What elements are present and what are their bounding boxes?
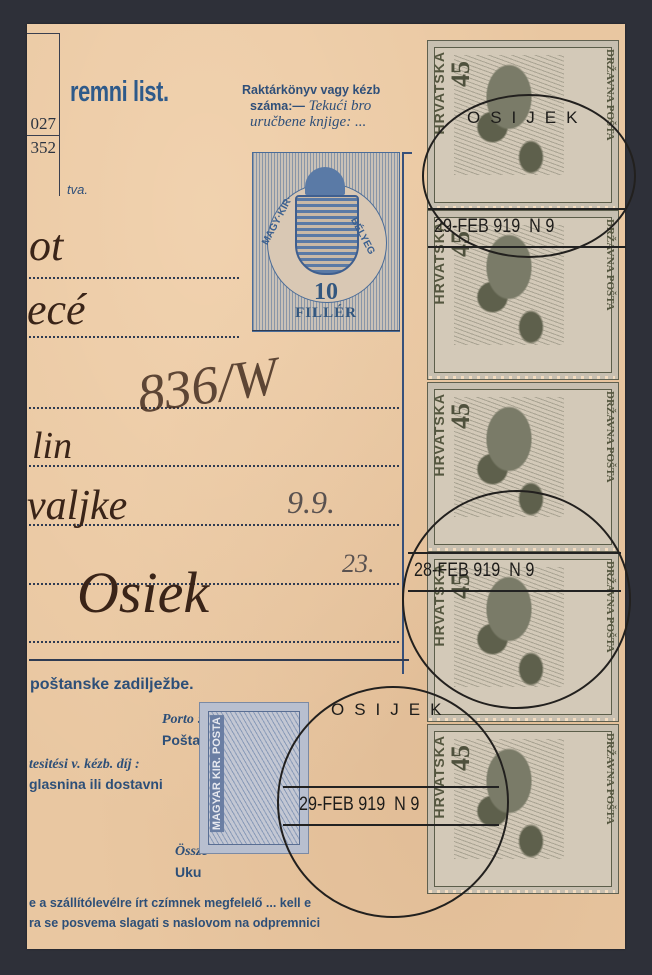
postmark-circle bbox=[402, 490, 631, 709]
reference-number-bottom: 352 bbox=[31, 138, 57, 158]
address-line bbox=[29, 641, 399, 643]
header-line-3: uručbene knjige: ... bbox=[242, 114, 380, 130]
stamp-value: 45 bbox=[446, 61, 476, 87]
coat-of-arms-icon bbox=[295, 195, 359, 275]
postmark-bar bbox=[428, 246, 626, 248]
fee-label-notification: tesitési v. kézb. díj : bbox=[29, 757, 140, 773]
stamp-legend-right: DRŽAVNA POŠTA bbox=[604, 733, 616, 825]
stamp-legend: MAGYAR KIR. POSTA bbox=[210, 715, 224, 832]
postmark-bar bbox=[408, 590, 621, 592]
perforation bbox=[429, 376, 615, 379]
fees-heading: poštanske zadilježbe. bbox=[30, 676, 194, 694]
fee-label-total-hr: Uku bbox=[175, 864, 201, 880]
footer-line-1: e a szállítólevélre írt czímnek megfelel… bbox=[29, 896, 311, 910]
postmark-bar bbox=[283, 824, 499, 826]
section-divider bbox=[29, 659, 409, 661]
postmark-date: 29-FEB 919 N 9 bbox=[434, 216, 554, 238]
stamp-legend-left: HRVATSKA bbox=[431, 393, 447, 476]
pencil-note-2: 9.9. bbox=[287, 484, 335, 521]
handwritten-line-4: valjke bbox=[27, 482, 127, 530]
postmark-date: 28-FEB 919 N 9 bbox=[414, 560, 534, 582]
handwritten-line-3: lin bbox=[32, 424, 72, 468]
reference-number-top: 027 bbox=[31, 114, 57, 134]
stamp-legend-right: DRŽAVNA POŠTA bbox=[604, 391, 616, 483]
header-line-2: száma:— Tekući bro bbox=[242, 98, 380, 114]
divider bbox=[27, 135, 59, 136]
postmark-date: 29-FEB 919 N 9 bbox=[299, 794, 419, 816]
stamp-legend-left: HRVATSKA bbox=[431, 51, 447, 134]
stamp-value: 45 bbox=[446, 403, 476, 429]
fee-label-porto: Porto : bbox=[162, 712, 202, 728]
reference-number-box: 027 352 bbox=[27, 33, 60, 196]
crown-icon bbox=[305, 167, 345, 195]
footer-line-2: ra se posvema slagati s naslovom na odpr… bbox=[29, 916, 320, 930]
postmark-town: OSIJEK bbox=[467, 108, 587, 128]
address-line bbox=[29, 465, 399, 467]
handwritten-line-2: ecé bbox=[27, 284, 86, 335]
pencil-note-1: 836/W bbox=[133, 344, 281, 425]
header-block: Raktárkönyv vagy kézb száma:— Tekući bro… bbox=[242, 82, 380, 130]
postmark-bar bbox=[283, 786, 499, 788]
form-title: remni list. bbox=[70, 76, 169, 109]
handwritten-line-1: ot bbox=[29, 220, 63, 271]
field-label-fragment: tva. bbox=[67, 182, 88, 197]
postmark-bar bbox=[408, 552, 621, 554]
header-line-1: Raktárkönyv vagy kézb bbox=[242, 82, 380, 98]
revenue-stamp-10-filler: MAGY·KIR· BÉLYEG 10 FILLÉR bbox=[252, 152, 400, 332]
fee-label-delivery: glasnina ili dostavni bbox=[29, 776, 163, 792]
handwritten-line-5: Osiek bbox=[77, 559, 209, 626]
postmark-town: OSIJEK bbox=[331, 700, 451, 720]
pencil-note-3: 23. bbox=[342, 549, 375, 579]
stamp-currency: FILLÉR bbox=[253, 305, 399, 322]
address-line bbox=[29, 336, 239, 338]
address-line bbox=[29, 277, 239, 279]
postmark-bar bbox=[428, 208, 626, 210]
postal-parcel-form: 027 352 remni list. Raktárkönyv vagy kéz… bbox=[27, 24, 625, 949]
stamp-value: 10 bbox=[253, 279, 399, 306]
stamp-box-line bbox=[252, 330, 400, 331]
